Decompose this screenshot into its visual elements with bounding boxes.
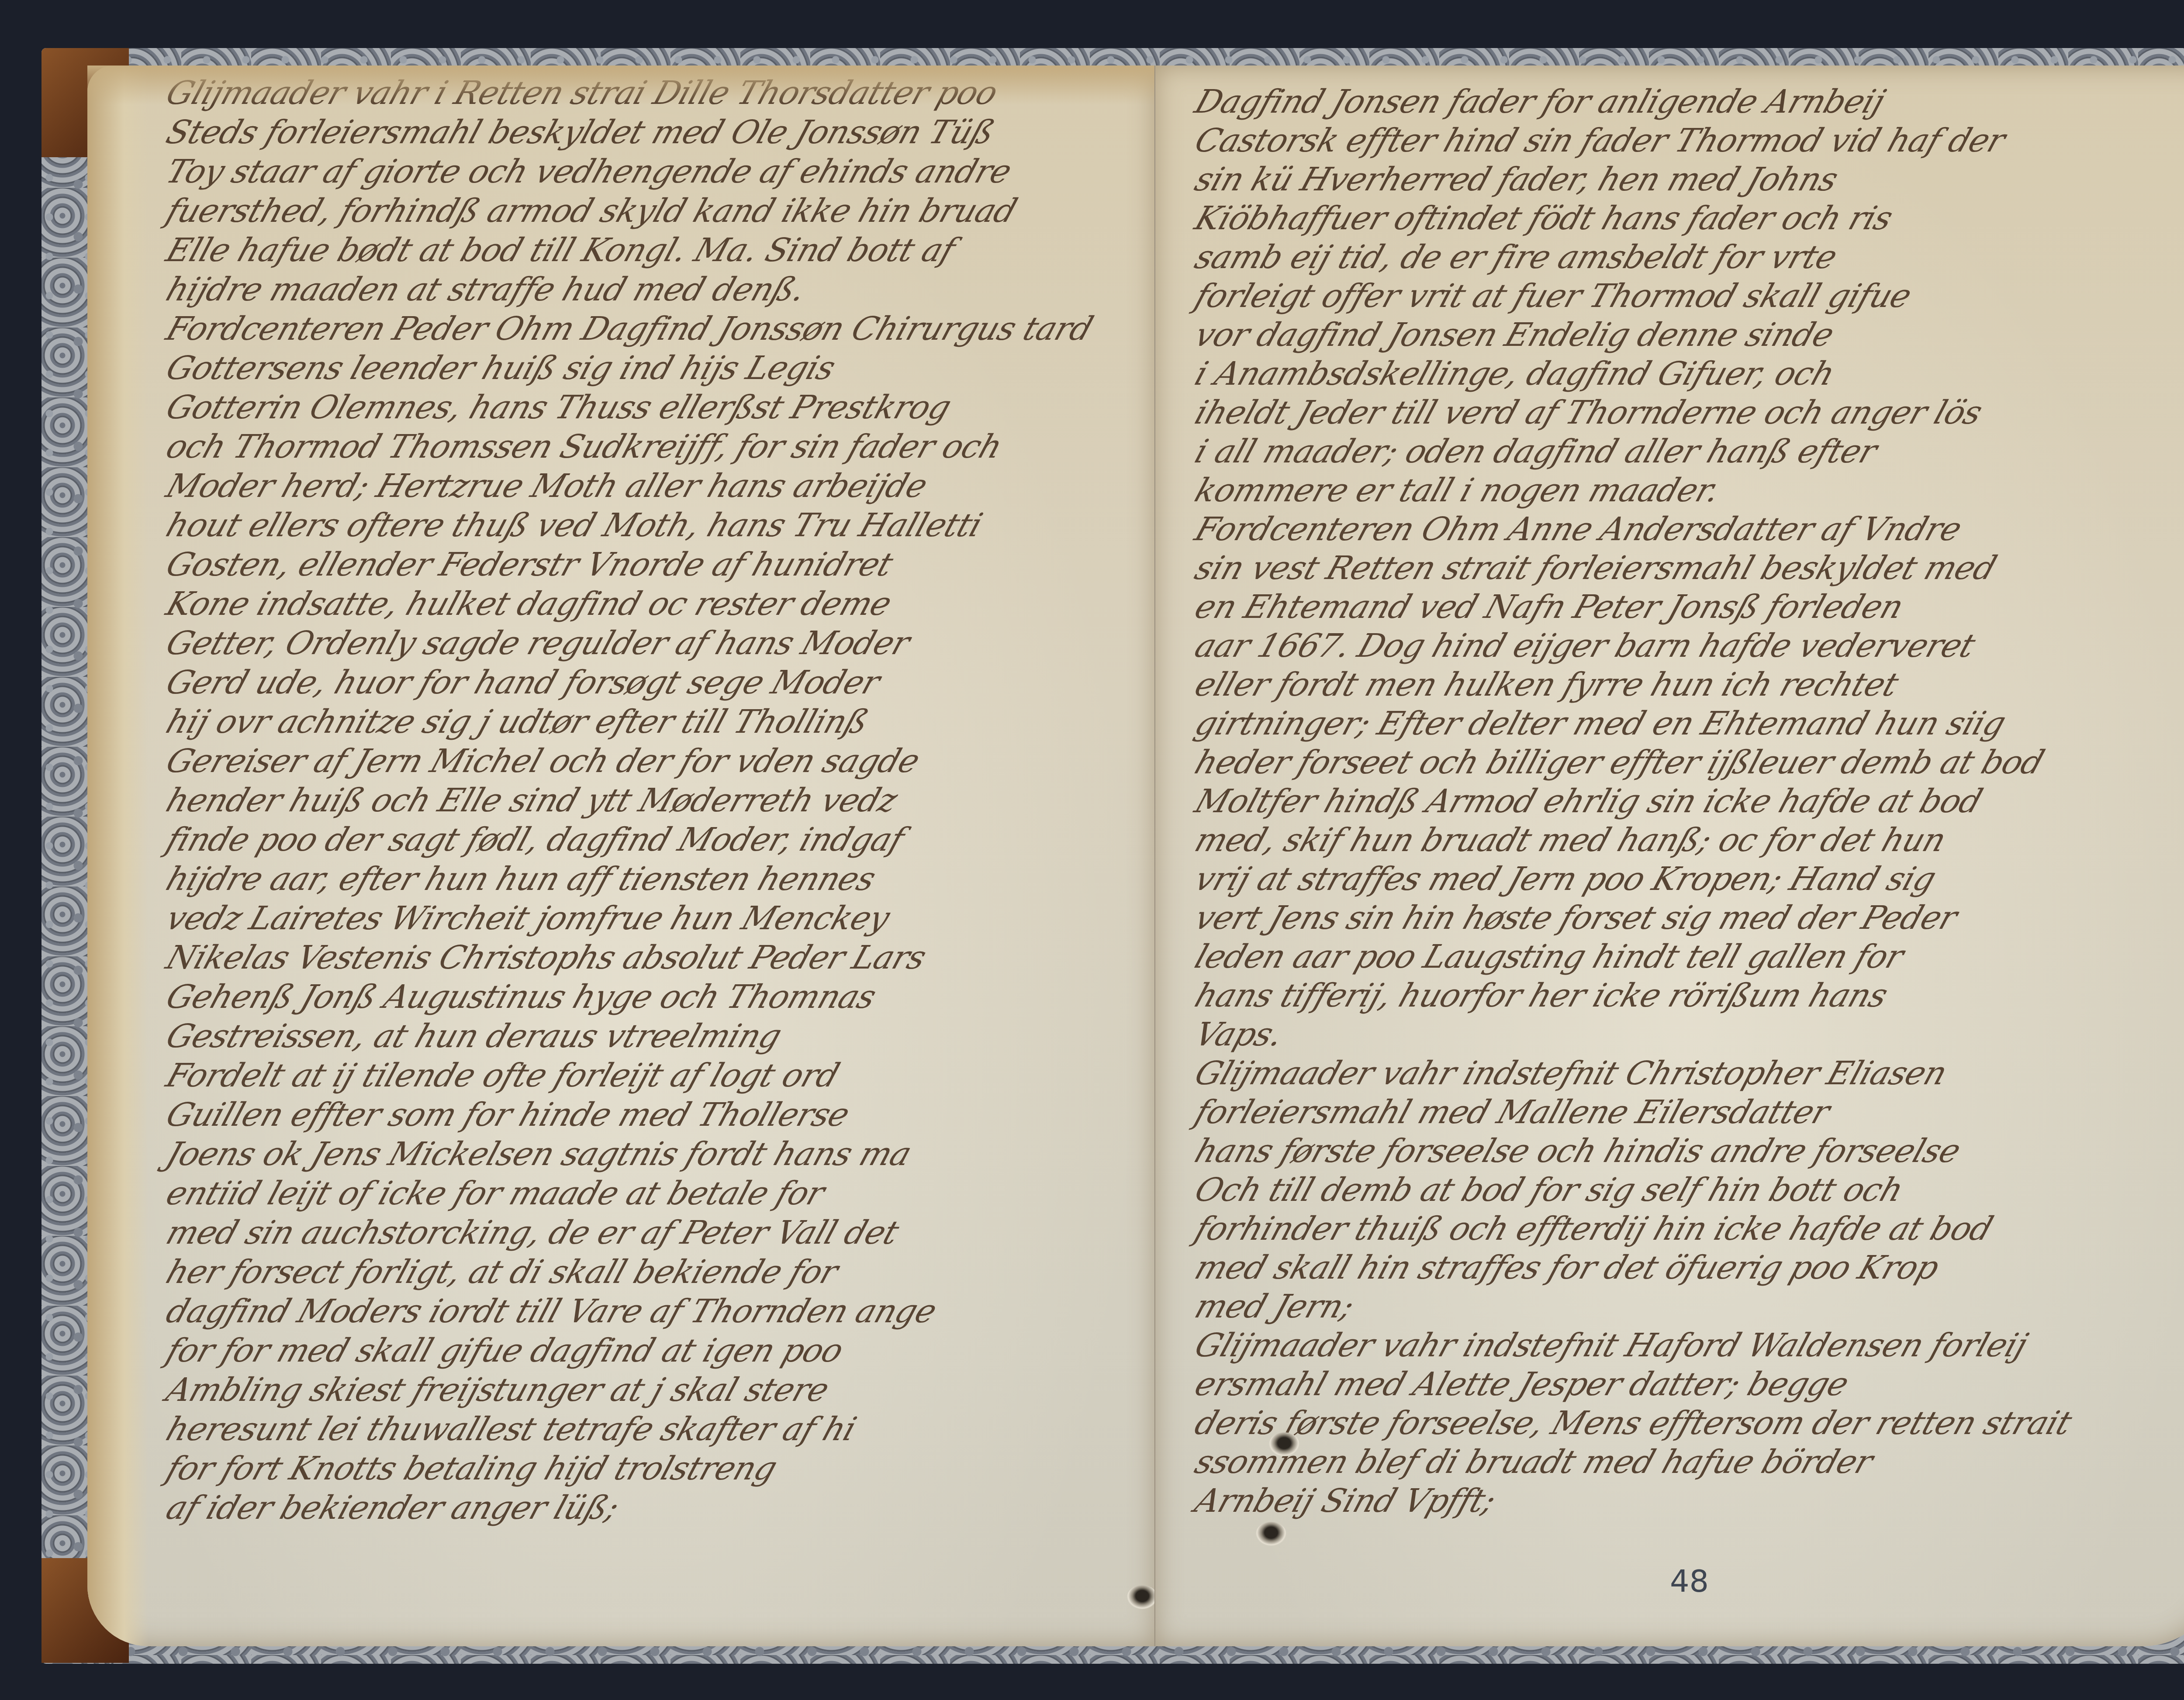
manuscript-line: Kiöbhaffuer oftindet födt hans fader och…	[1190, 200, 1897, 237]
manuscript-line: forhinder thuiß och effterdij hin icke h…	[1190, 1210, 1997, 1248]
manuscript-line: Vaps.	[1190, 1016, 1288, 1053]
manuscript-line: Elle hafue bødt at bod till Kongl. Ma. S…	[162, 231, 960, 269]
binding-hole	[1256, 1522, 1286, 1546]
manuscript-line: heresunt lei thuwallest tetrafe skafter …	[162, 1410, 860, 1448]
binding-hole	[1127, 1585, 1158, 1609]
right-page-text: Dagfind Jonsen fader for anligende Arnbe…	[1155, 66, 2184, 1646]
manuscript-line: aar 1667. Dog hind eijger barn hafde ved…	[1190, 627, 1980, 665]
manuscript-line: Castorsk effter hind sin fader Thormod v…	[1190, 122, 2010, 159]
manuscript-line: Ambling skiest freijstunger at j skal st…	[162, 1371, 833, 1409]
manuscript-line: Moder herd; Hertzrue Moth aller hans arb…	[162, 467, 932, 505]
manuscript-line: med skall hin straffes for det öfuerig p…	[1190, 1249, 1944, 1286]
manuscript-line: Toy staar af giorte och vedhengende af e…	[162, 153, 1016, 190]
manuscript-line: forleigt offer vrit at fuer Thormod skal…	[1190, 277, 1916, 315]
manuscript-line: samb eij tid, de er fire amsbeldt for vr…	[1190, 238, 1842, 276]
manuscript-line: Gehenß Jonß Augustinus hyge och Thomnas	[162, 978, 881, 1016]
manuscript-line: hij ovr achnitze sig j udtør efter till …	[162, 703, 873, 741]
manuscript-line: vor dagfind Jonsen Endelig denne sinde	[1190, 316, 1838, 354]
manuscript-line: Gosten, ellender Federstr Vnorde af huni…	[162, 546, 897, 583]
manuscript-line: for fort Knotts betaling hijd trolstreng	[162, 1450, 781, 1487]
manuscript-line: hout ellers oftere thuß ved Moth, hans T…	[162, 507, 987, 544]
manuscript-line: Gereiser af Jern Michel och der for vden…	[162, 742, 924, 780]
left-page: Glijmaader vahr i Retten strai Dille Tho…	[87, 66, 1155, 1646]
manuscript-line: Och till demb at bod for sig self hin bo…	[1190, 1171, 1908, 1209]
manuscript-line: leden aar poo Laugsting hindt tell galle…	[1190, 938, 1908, 976]
manuscript-line: sin vest Retten strait forleiersmahl bes…	[1190, 549, 2001, 587]
manuscript-line: Moltfer hindß Armod ehrlig sin icke hafd…	[1190, 783, 1987, 820]
left-page-text: Glijmaader vahr i Retten strai Dille Tho…	[87, 66, 1155, 1646]
manuscript-line: Getter, Ordenly sagde regulder af hans M…	[162, 624, 914, 662]
manuscript-line: och Thormod Thomssen Sudkreijff, for sin…	[162, 428, 1007, 466]
manuscript-line: vrij at straffes med Jern poo Kropen; Ha…	[1190, 860, 1940, 898]
manuscript-line: ersmahl med Alette Jesper datter; begge	[1190, 1366, 1853, 1403]
manuscript-line: Glijmaader vahr i Retten strai Dille Tho…	[162, 74, 1002, 112]
manuscript-line: Steds forleiersmahl beskyldet med Ole Jo…	[162, 114, 999, 151]
manuscript-line: Gerd ude, huor for hand forsøgt sege Mod…	[162, 664, 885, 701]
manuscript-line: for for med skall gifue dagfind at igen …	[162, 1332, 848, 1369]
manuscript-line: entiid leijt of icke for maade at betale…	[162, 1175, 829, 1212]
manuscript-line: fuersthed, forhindß armod skyld kand ikk…	[162, 192, 1021, 230]
manuscript-line: med, skif hun bruadt med hanß; oc for de…	[1190, 821, 1950, 859]
binding-hole	[1269, 1432, 1299, 1456]
manuscript-line: Fordcenteren Peder Ohm Dagfind Jonssøn C…	[162, 310, 1097, 348]
manuscript-line: Kone indsatte, hulket dagfind oc rester …	[162, 585, 896, 623]
manuscript-line: Fordcenteren Ohm Anne Andersdatter af Vn…	[1190, 510, 1966, 548]
manuscript-line: hijdre aar, efter hun hun aff tiensten h…	[162, 860, 880, 898]
manuscript-line: deris første forseelse, Mens efftersom d…	[1190, 1404, 2076, 1442]
manuscript-line: Nikelas Vestenis Christophs absolut Pede…	[162, 939, 931, 976]
manuscript-line: dagfind Moders iordt till Vare af Thornd…	[162, 1293, 941, 1330]
manuscript-line: iheldt Jeder till verd af Thornderne och…	[1190, 394, 1987, 431]
manuscript-line: med Jern;	[1190, 1288, 1358, 1325]
manuscript-line: heder forseet och billiger effter ijßleu…	[1190, 744, 2049, 781]
manuscript-line: girtninger; Efter delter med en Ehtemand…	[1190, 705, 2010, 742]
manuscript-line: Glijmaader vahr indstefnit Christopher E…	[1190, 1055, 1952, 1092]
manuscript-line: i all maader; oden dagfind aller hanß ef…	[1190, 433, 1881, 470]
manuscript-line: Fordelt at ij tilende ofte forleijt af l…	[162, 1057, 844, 1094]
manuscript-line: hans første forseelse och hindis andre f…	[1190, 1132, 1965, 1170]
manuscript-line: vert Jens sin hin høste forset sig med d…	[1190, 899, 1962, 937]
manuscript-line: med sin auchstorcking, de er af Peter Va…	[162, 1214, 903, 1252]
manuscript-line: forleiersmahl med Mallene Eilersdatter	[1190, 1093, 1834, 1131]
manuscript-line: Gestreissen, at hun deraus vtreelming	[162, 1017, 786, 1055]
right-page: Dagfind Jonsen fader for anligende Arnbe…	[1155, 66, 2184, 1646]
manuscript-line: hijdre maaden at straffe hud med denß.	[162, 271, 810, 308]
manuscript-line: vedz Lairetes Wircheit jomfrue hun Menck…	[162, 900, 894, 937]
manuscript-line: Arnbeij Sind Vpfft;	[1190, 1482, 1500, 1520]
manuscript-line: eller fordt men hulken fyrre hun ich rec…	[1190, 666, 1903, 703]
manuscript-line: sin kü Hverherred fader, hen med Johns	[1190, 161, 1842, 198]
manuscript-line: Gotterin Olemnes, hans Thuss ellerßst Pr…	[162, 389, 956, 426]
manuscript-line: hans tifferij, huorfor her icke rörißum …	[1190, 977, 1892, 1014]
manuscript-line: kommere er tall i nogen maader.	[1190, 472, 1724, 509]
manuscript-line: en Ehtemand ved Nafn Peter Jonsß forlede…	[1190, 588, 1908, 626]
folio-number: 48	[1670, 1563, 1709, 1599]
manuscript-line: Guillen effter som for hinde med Tholler…	[162, 1096, 854, 1134]
manuscript-line: i Anambsdskellinge, dagfind Gifuer, och	[1190, 355, 1839, 393]
manuscript-line: Joens ok Jens Mickelsen sagtnis fordt ha…	[162, 1135, 916, 1173]
manuscript-line: hender huiß och Elle sind ytt Møderreth …	[162, 782, 902, 819]
manuscript-line: Dagfind Jonsen fader for anligende Arnbe…	[1190, 83, 1889, 121]
manuscript-line: Gottersens leender huiß sig ind hijs Leg…	[162, 349, 840, 387]
manuscript-line: af ider bekiender anger lüß;	[162, 1489, 623, 1527]
manuscript-line: Glijmaader vahr indstefnit Haford Walden…	[1190, 1327, 2032, 1364]
manuscript-line: her forsect forligt, at di skall bekiend…	[162, 1253, 843, 1291]
manuscript-line: finde poo der sagt fødl, dagfind Moder, …	[162, 821, 909, 859]
